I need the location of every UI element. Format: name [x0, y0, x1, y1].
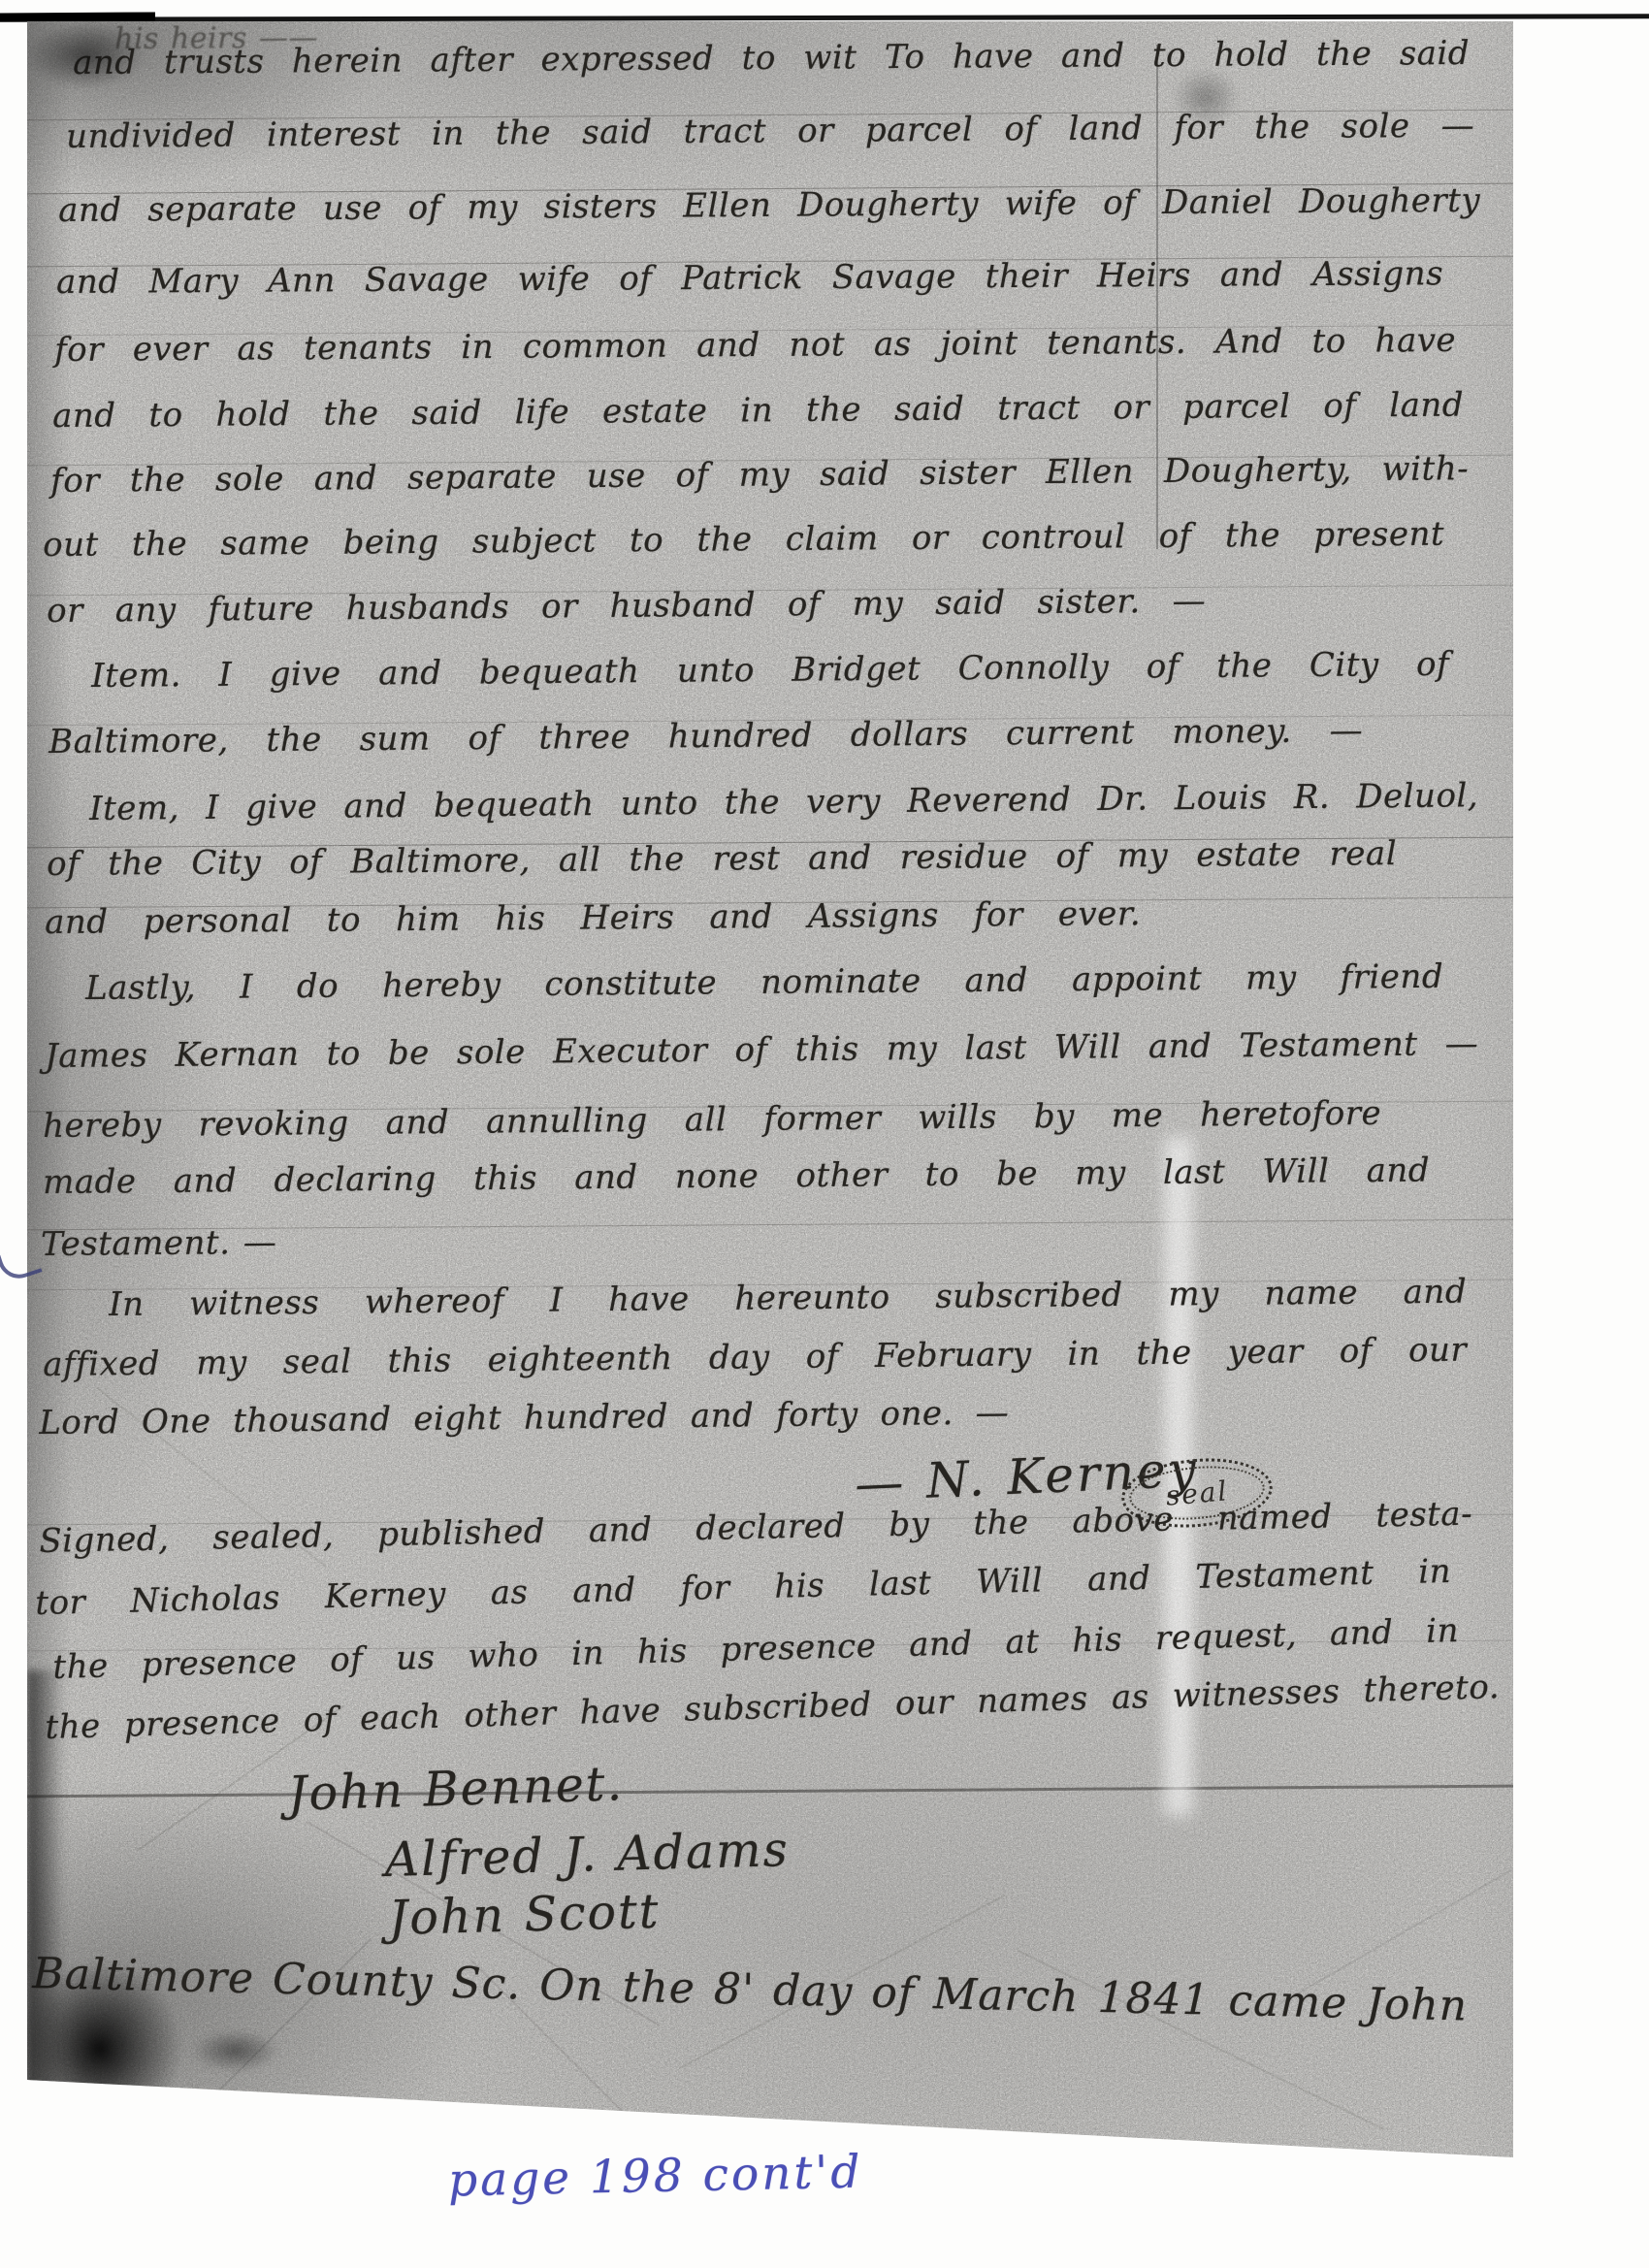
witness-signature: Alfred J. Adams [384, 1823, 790, 1888]
page-annotation: page 198 cont'd [447, 2146, 862, 2208]
scan-top-edge [0, 14, 1649, 22]
will-text-line: for ever as tenants in common and not as… [54, 322, 1456, 378]
photocopy-region: his heirs —— and trusts herein after exp… [27, 21, 1513, 2157]
will-text-line: and personal to him his Heirs and Assign… [45, 895, 1141, 951]
will-text-line: Testament. — [41, 1224, 276, 1264]
scan-top-edge-dark [0, 12, 155, 21]
witness-signature: John Scott [388, 1885, 661, 1947]
will-text-line: and Mary Ann Savage wife of Patrick Sava… [56, 255, 1443, 310]
will-text-line: and separate use of my sisters Ellen Dou… [58, 182, 1480, 239]
scanned-will-page: his heirs —— and trusts herein after exp… [0, 0, 1649, 2268]
will-text-line: and trusts herein after expressed to wit… [73, 35, 1470, 91]
witness-signature: John Bennet. [287, 1757, 625, 1822]
